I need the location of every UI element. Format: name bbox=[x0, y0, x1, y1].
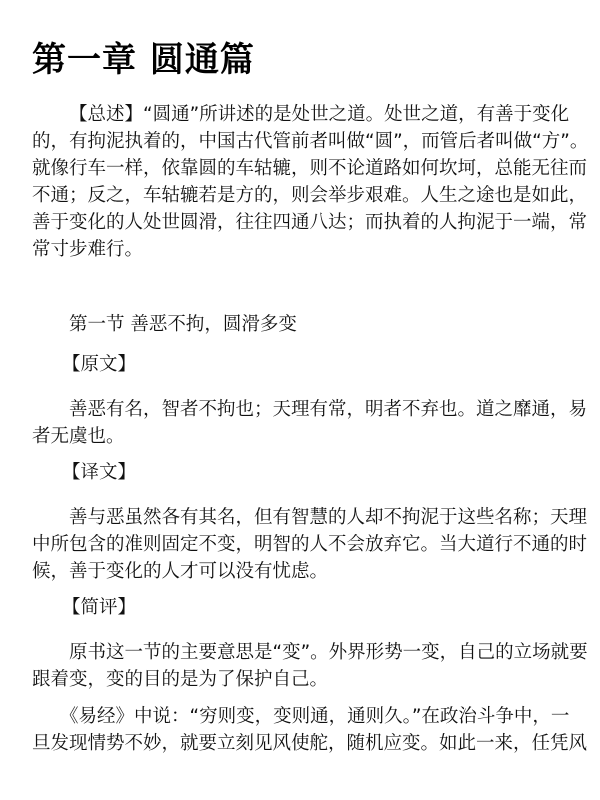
overview-line: 善于变化的人处世圆滑，往往四通八达；而执着的人拘泥于一端，常 bbox=[32, 208, 587, 234]
translation-line: 候，善于变化的人才可以没有忧虑。 bbox=[32, 557, 328, 583]
overview-line: 【总述】“圆通”所讲述的是处世之道。处世之道，有善于变化 bbox=[69, 100, 569, 126]
original-line: 者无虞也。 bbox=[32, 422, 125, 448]
translation-line: 中所包含的准则固定不变，明智的人不会放弃它。当大道行不通的时 bbox=[32, 530, 587, 556]
chapter-title: 第一章 圆通篇 bbox=[32, 38, 255, 82]
commentary-label: 【简评】 bbox=[62, 593, 136, 619]
overview-line: 就像行车一样，依靠圆的车轱辘，则不论道路如何坎坷，总能无往而 bbox=[32, 154, 587, 180]
original-line: 善恶有名，智者不拘也；天理有常，明者不弃也。道之靡通，易 bbox=[69, 395, 587, 421]
commentary-line: 旦发现情势不妙，就要立刻见风使舵，随机应变。如此一来，任凭风 bbox=[32, 729, 587, 755]
translation-label: 【译文】 bbox=[62, 458, 136, 484]
overview-line: 不通；反之，车轱辘若是方的，则会举步艰难。人生之途也是如此， bbox=[32, 181, 587, 207]
translation-line: 善与恶虽然各有其名，但有智慧的人却不拘泥于这些名称；天理 bbox=[69, 503, 587, 529]
commentary-line: 原书这一节的主要意思是“变”。外界形势一变，自己的立场就要 bbox=[69, 638, 588, 664]
section-heading: 第一节 善恶不拘，圆滑多变 bbox=[69, 310, 297, 336]
overview-line: 常寸步难行。 bbox=[32, 235, 143, 261]
original-label: 【原文】 bbox=[62, 350, 136, 376]
commentary-line: 《易经》中说：“穷则变，变则通，通则久。”在政治斗争中，一 bbox=[60, 702, 569, 728]
commentary-line: 跟着变，变的目的是为了保护自己。 bbox=[32, 665, 328, 691]
document-page: 第一章 圆通篇 【总述】“圆通”所讲述的是处世之道。处世之道，有善于变化 的，有… bbox=[0, 0, 600, 800]
overview-line: 的，有拘泥执着的，中国古代管前者叫做“圆”，而管后者叫做“方”。 bbox=[32, 127, 588, 153]
